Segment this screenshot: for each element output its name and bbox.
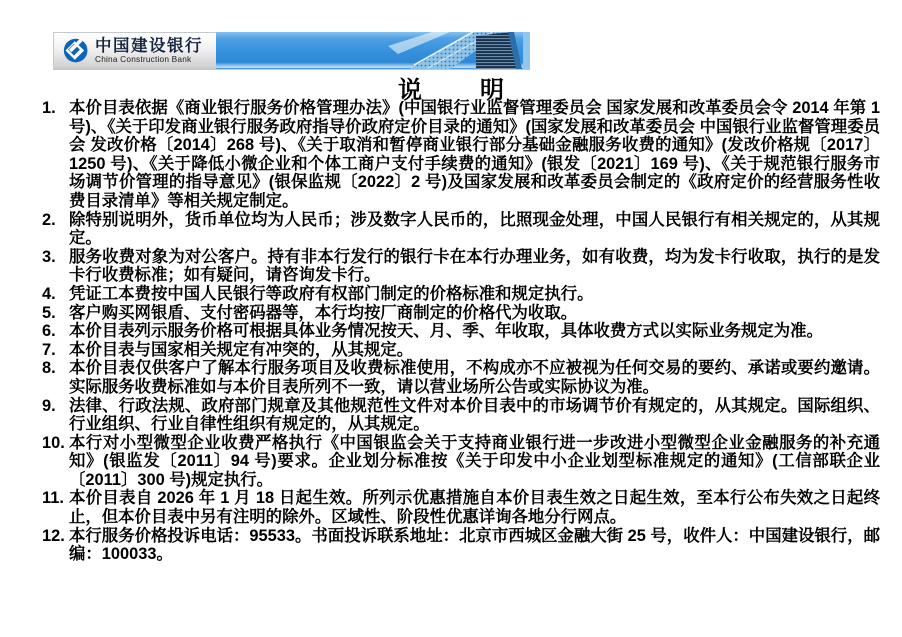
- note-item-5: 5. 客户购买网银盾、支付密码器等，本行均按厂商制定的价格代为收取。: [42, 304, 880, 323]
- note-text: 本价目表自 2026 年 1 月 18 日起生效。所列示优惠措施自本价目表生效之…: [69, 489, 880, 526]
- ccb-logo-icon: [63, 37, 90, 64]
- note-text: 本价目表列示服务价格可根据具体业务情况按天、月、季、年收取，具体收费方式以实际业…: [69, 322, 880, 341]
- note-item-12: 12. 本行服务价格投诉电话：95533。书面投诉联系地址：北京市西城区金融大街…: [42, 527, 880, 564]
- note-text: 凭证工本费按中国人民银行等政府有权部门制定的价格标准和规定执行。: [69, 285, 880, 304]
- note-text: 本价目表依据《商业银行服务价格管理办法》(中国银行业监督管理委员会 国家发展和改…: [69, 99, 880, 211]
- note-item-3: 3. 服务收费对象为对公客户。持有非本行发行的银行卡在本行办理业务，如有收费，均…: [42, 248, 880, 285]
- note-number: 7.: [42, 341, 69, 360]
- note-item-7: 7. 本价目表与国家相关规定有冲突的，从其规定。: [42, 341, 880, 360]
- note-number: 2.: [42, 211, 69, 248]
- note-item-6: 6. 本价目表列示服务价格可根据具体业务情况按天、月、季、年收取，具体收费方式以…: [42, 322, 880, 341]
- note-text: 本价目表与国家相关规定有冲突的，从其规定。: [69, 341, 880, 360]
- note-number: 9.: [42, 397, 69, 434]
- note-number: 3.: [42, 248, 69, 285]
- bank-header-banner: 中国建设银行 China Construction Bank: [53, 32, 530, 69]
- note-number: 4.: [42, 285, 69, 304]
- document-page: 中国建设银行 China Construction Bank: [0, 0, 902, 637]
- notes-list: 1. 本价目表依据《商业银行服务价格管理办法》(中国银行业监督管理委员会 国家发…: [0, 99, 902, 564]
- note-item-9: 9. 法律、行政法规、政府部门规章及其他规范性文件对本价目表中的市场调节价有规定…: [42, 397, 880, 434]
- note-text: 本行对小型微型企业收费严格执行《中国银监会关于支持商业银行进一步改进小型微型企业…: [69, 434, 880, 490]
- note-item-4: 4. 凭证工本费按中国人民银行等政府有权部门制定的价格标准和规定执行。: [42, 285, 880, 304]
- note-number: 11.: [42, 489, 69, 526]
- note-number: 5.: [42, 304, 69, 323]
- note-text: 除特别说明外，货币单位均为人民币；涉及数字人民币的，比照现金处理，中国人民银行有…: [69, 211, 880, 248]
- note-text: 法律、行政法规、政府部门规章及其他规范性文件对本价目表中的市场调节价有规定的，从…: [69, 397, 880, 434]
- note-text: 服务收费对象为对公客户。持有非本行发行的银行卡在本行办理业务，如有收费，均为发卡…: [69, 248, 880, 285]
- note-number: 1.: [42, 99, 69, 211]
- note-item-2: 2. 除特别说明外，货币单位均为人民币；涉及数字人民币的，比照现金处理，中国人民…: [42, 211, 880, 248]
- note-item-10: 10. 本行对小型微型企业收费严格执行《中国银监会关于支持商业银行进一步改进小型…: [42, 434, 880, 490]
- note-item-8: 8. 本价目表仅供客户了解本行服务项目及收费标准使用，不构成亦不应被视为任何交易…: [42, 359, 880, 396]
- note-item-11: 11. 本价目表自 2026 年 1 月 18 日起生效。所列示优惠措施自本价目…: [42, 489, 880, 526]
- note-text: 本行服务价格投诉电话：95533。书面投诉联系地址：北京市西城区金融大街 25 …: [69, 527, 880, 564]
- bank-name-english: China Construction Bank: [95, 55, 203, 63]
- bank-name-chinese: 中国建设银行: [95, 38, 203, 55]
- note-text: 客户购买网银盾、支付密码器等，本行均按厂商制定的价格代为收取。: [69, 304, 880, 323]
- bank-logo-plate: 中国建设银行 China Construction Bank: [53, 32, 216, 69]
- banner-blue-band: [216, 32, 530, 69]
- bank-logo-text: 中国建设银行 China Construction Bank: [95, 38, 203, 64]
- note-text: 本价目表仅供客户了解本行服务项目及收费标准使用，不构成亦不应被视为任何交易的要约…: [69, 359, 880, 396]
- note-number: 12.: [42, 527, 69, 564]
- skyscraper-image: [380, 32, 530, 69]
- note-number: 6.: [42, 322, 69, 341]
- note-number: 10.: [42, 434, 69, 490]
- note-item-1: 1. 本价目表依据《商业银行服务价格管理办法》(中国银行业监督管理委员会 国家发…: [42, 99, 880, 211]
- note-number: 8.: [42, 359, 69, 396]
